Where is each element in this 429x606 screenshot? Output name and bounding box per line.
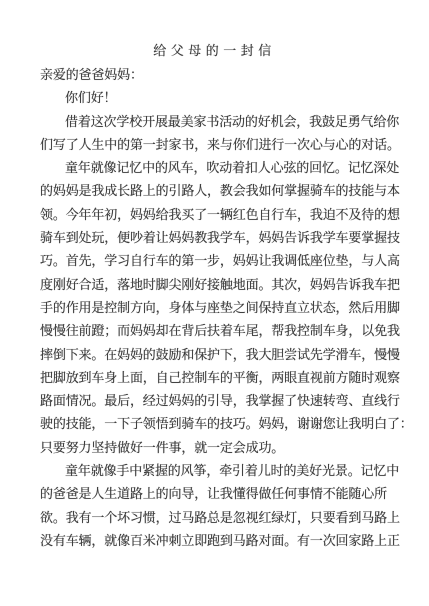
letter-line: 骑车到处玩，便吵着让妈妈教我学车，妈妈告诉我学车要掌握技	[40, 227, 392, 250]
letter-line: 欲。我有一个坏习惯，过马路总是忽视红绿灯，只要看到马路上	[40, 507, 392, 530]
letter-line: 领。今年年初，妈妈给我买了一辆红色自行车，我迫不及待的想	[40, 204, 392, 227]
letter-line: 驶的技能，一下子领悟到骑车的技巧。妈妈，谢谢您让我明白了：	[40, 413, 392, 436]
letter-line: 你们好！	[40, 87, 392, 110]
letter-line: 借着这次学校开展最美家书活动的好机会，我鼓足勇气给你	[40, 111, 392, 134]
letter-line: 慢慢往前蹬；而妈妈却在背后扶着车尾，帮我控制车身，以免我	[40, 320, 392, 343]
letter-line: 童年就像手中紧握的风筝，牵引着儿时的美好光景。记忆中	[40, 460, 392, 483]
letter-page: 给父母的一封信 亲爱的爸爸妈妈：你们好！借着这次学校开展最美家书活动的好机会，我…	[0, 0, 429, 606]
letter-line: 把脚放到车身上面，自己控制车的平衡，两眼直视前方随时观察	[40, 367, 392, 390]
letter-line: 童年就像记忆中的风车，吹动着扣人心弦的回忆。记忆深处	[40, 157, 392, 180]
letter-line: 路面情况。最后，经过妈妈的引导，我掌握了快速转弯、直线行	[40, 390, 392, 413]
letter-line: 摔倒下来。在妈妈的鼓励和保护下，我大胆尝试先学滑车，慢慢	[40, 344, 392, 367]
letter-body: 亲爱的爸爸妈妈：你们好！借着这次学校开展最美家书活动的好机会，我鼓足勇气给你们写…	[40, 64, 392, 553]
letter-title: 给父母的一封信	[0, 0, 429, 64]
letter-line: 的妈妈是我成长路上的引路人，教会我如何掌握骑车的技能与本	[40, 180, 392, 203]
letter-line: 的爸爸是人生道路上的向导，让我懂得做任何事情不能随心所	[40, 483, 392, 506]
letter-line: 们写了人生中的第一封家书，来与你们进行一次心与心的对话。	[40, 134, 392, 157]
letter-line: 只要努力坚持做好一件事，就一定会成功。	[40, 437, 392, 460]
letter-line: 巧。首先，学习自行车的第一步，妈妈让我调低座位垫，与人高	[40, 250, 392, 273]
letter-line: 亲爱的爸爸妈妈：	[40, 64, 392, 87]
letter-line: 手的作用是控制方向，身体与座垫之间保持直立状态，然后用脚	[40, 297, 392, 320]
letter-line: 没有车辆，就像百米冲刺立即跑到马路对面。有一次回家路上正	[40, 530, 392, 553]
letter-line: 度刚好合适，落地时脚尖刚好接触地面。其次，妈妈告诉我车把	[40, 274, 392, 297]
